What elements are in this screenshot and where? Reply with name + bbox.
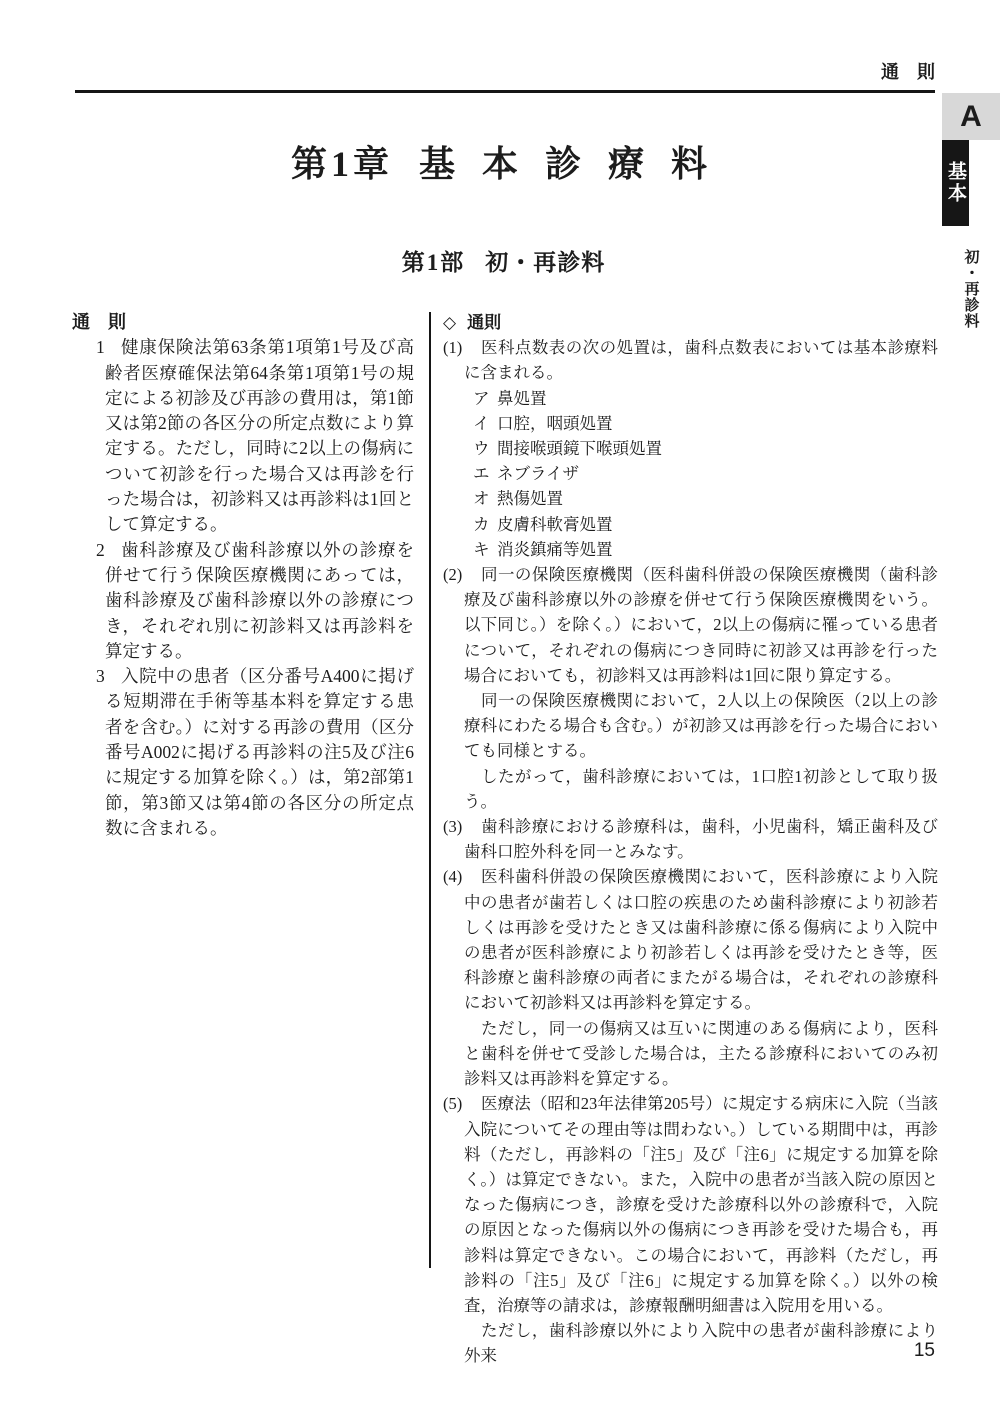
list-item: オ熱傷処置: [473, 486, 938, 511]
list-item: カ皮膚科軟膏処置: [473, 512, 938, 537]
chapter-title: 第1章基 本 診 療 料: [72, 136, 935, 187]
section-side-label: 初・再診料: [961, 239, 982, 339]
list-item-text: 口腔，咽頭処置: [497, 414, 613, 433]
list-item: ア鼻処置: [473, 386, 938, 411]
list-item-text: 皮膚科軟膏処置: [497, 515, 613, 534]
provision-item-1: 1健康保険法第63条第1項第1号及び高齢者医療確保法第64条第1項第1号の規定に…: [72, 335, 414, 537]
kana-marker: エ: [473, 461, 497, 486]
item-paragraph: 医科歯科併設の保険医療機関において，医科診療により入院中の患者が歯若しくは口腔の…: [464, 864, 938, 1015]
note-item-3: (3) 歯科診療における診療科は，歯科，小児歯科，矯正歯科及び歯科口腔外科を同一…: [443, 814, 938, 864]
list-item: エネブライザ: [473, 461, 938, 486]
kana-marker: カ: [473, 512, 497, 537]
kana-marker: イ: [473, 411, 497, 436]
list-item-text: 熱傷処置: [497, 489, 563, 508]
list-item-text: 鼻処置: [497, 389, 547, 408]
list-item-text: 間接喉頭鏡下喉頭処置: [497, 439, 662, 458]
note-item-4: (4) 医科歯科併設の保険医療機関において，医科診療により入院中の患者が歯若しく…: [443, 864, 938, 1091]
right-column-heading: ◇通則: [443, 310, 938, 335]
page-number: 15: [72, 1340, 935, 1362]
note-item-5: (5) 医療法（昭和23年法律第205号）に規定する病床に入院（当該入院について…: [443, 1091, 938, 1368]
note-item-2: (2) 同一の保険医療機関（医科歯科併設の保険医療機関（歯科診療及び歯科診療以外…: [443, 562, 938, 814]
item-number: (5): [443, 1091, 462, 1116]
kana-marker: ウ: [473, 436, 497, 461]
item-number: (4): [443, 864, 462, 889]
chapter-number: 第1章: [291, 144, 393, 184]
chapter-name: 基 本 診 療 料: [419, 144, 716, 184]
item-number: (1): [443, 335, 462, 360]
item-paragraph: したがって，歯科診療においては，1口腔1初診として取り扱う。: [464, 764, 938, 814]
item-paragraph: 同一の保険医療機関（医科歯科併設の保険医療機関（歯科診療及び歯科診療以外の診療を…: [464, 562, 938, 688]
item-paragraph: 歯科診療における診療科は，歯科，小児歯科，矯正歯科及び歯科口腔外科を同一とみなす…: [464, 814, 938, 864]
part-number: 第1部: [402, 250, 466, 275]
treatment-list: ア鼻処置 イ口腔，咽頭処置 ウ間接喉頭鏡下喉頭処置 エネブライザ オ熱傷処置 カ…: [464, 386, 938, 562]
left-column: 通 則 1健康保険法第63条第1項第1号及び高齢者医療確保法第64条第1項第1号…: [72, 310, 414, 841]
kana-marker: ア: [473, 386, 497, 411]
kana-marker: オ: [473, 486, 497, 511]
item-paragraph: 同一の保険医療機関において，2人以上の保険医（2以上の診療科にわたる場合も含む。…: [464, 688, 938, 764]
item-text: 健康保険法第63条第1項第1号及び高齢者医療確保法第64条第1項第1号の規定によ…: [105, 337, 414, 534]
part-name: 初・再診料: [485, 250, 605, 275]
item-paragraph: 医療法（昭和23年法律第205号）に規定する病床に入院（当該入院についてその理由…: [464, 1091, 938, 1318]
header-rule: [75, 90, 935, 93]
item-number: 1: [96, 335, 105, 360]
chapter-index-label: 基本: [942, 161, 969, 205]
side-index-tabs: A 基本 初・再診料: [942, 93, 1000, 339]
chapter-index-tab: 基本: [942, 140, 969, 226]
diamond-icon: ◇: [443, 313, 456, 332]
running-head: 通 則: [72, 58, 935, 84]
item-paragraph: ただし，同一の傷病又は互いに関連のある傷病により，医科と歯科を併せて受診した場合…: [464, 1016, 938, 1092]
column-divider: [429, 312, 431, 1268]
item-number: (3): [443, 814, 462, 839]
kana-marker: キ: [473, 537, 497, 562]
provision-item-3: 3入院中の患者（区分番号A400に掲げる短期滞在手術等基本料を算定する患者を含む…: [72, 664, 414, 841]
right-heading-text: 通則: [467, 313, 501, 332]
right-column: ◇通則 (1) 医科点数表の次の処置は，歯科点数表においては基本診療料に含まれる…: [443, 310, 938, 1369]
provision-item-2: 2歯科診療及び歯科診療以外の診療を併せて行う保険医療機関にあっては，歯科診療及び…: [72, 538, 414, 664]
item-number: 2: [96, 538, 105, 563]
part-title: 第1部初・再診料: [72, 244, 935, 277]
item-number: 3: [96, 664, 105, 689]
list-item: キ消炎鎮痛等処置: [473, 537, 938, 562]
item-text: 入院中の患者（区分番号A400に掲げる短期滞在手術等基本料を算定する患者を含む。…: [105, 666, 414, 838]
item-paragraph: 医科点数表の次の処置は，歯科点数表においては基本診療料に含まれる。: [464, 335, 938, 385]
section-letter-tab: A: [942, 93, 1000, 140]
list-item-text: ネブライザ: [497, 464, 579, 483]
list-item-text: 消炎鎮痛等処置: [497, 540, 613, 559]
item-number: (2): [443, 562, 462, 587]
item-text: 歯科診療及び歯科診療以外の診療を併せて行う保険医療機関にあっては，歯科診療及び歯…: [105, 540, 414, 661]
document-page: 通 則 A 基本 初・再診料 第1章基 本 診 療 料 第1部初・再診料 通 則…: [0, 0, 1000, 1412]
left-column-heading: 通 則: [72, 310, 414, 335]
list-item: イ口腔，咽頭処置: [473, 411, 938, 436]
note-item-1: (1) 医科点数表の次の処置は，歯科点数表においては基本診療料に含まれる。 ア鼻…: [443, 335, 938, 562]
list-item: ウ間接喉頭鏡下喉頭処置: [473, 436, 938, 461]
section-letter: A: [960, 100, 982, 134]
